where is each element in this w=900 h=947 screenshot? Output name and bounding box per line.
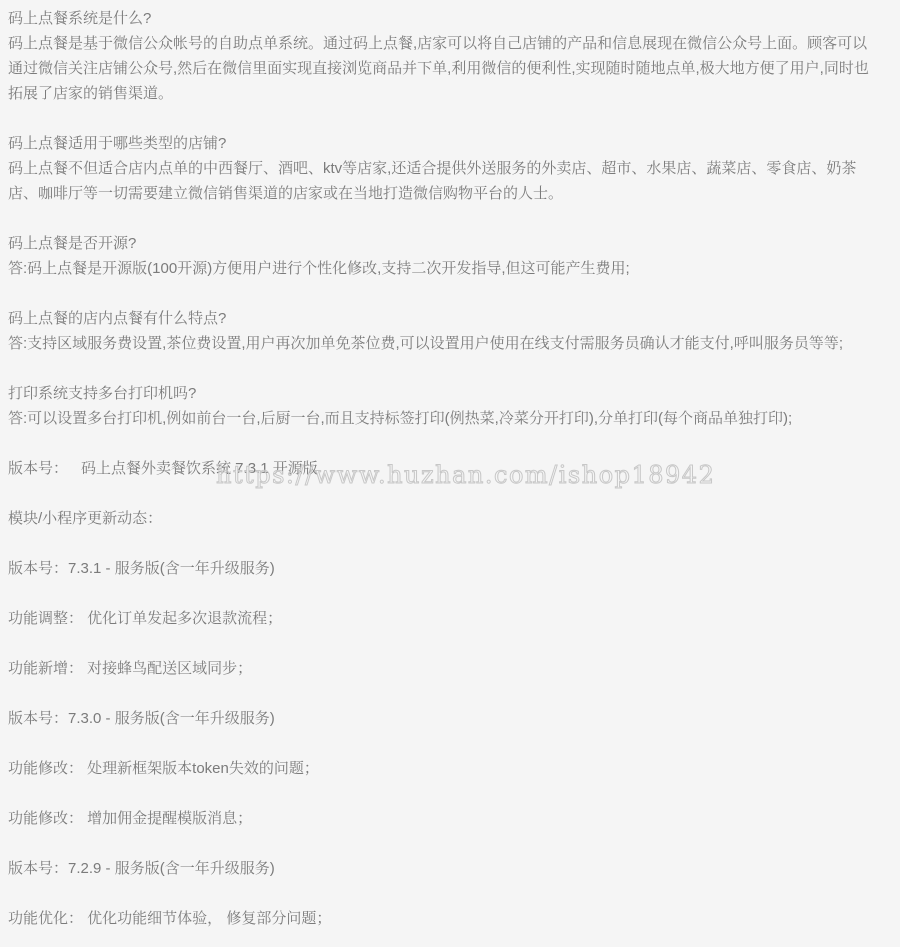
faq-answer: 码上点餐是基于微信公众帐号的自助点单系统。通过码上点餐,店家可以将自己店铺的产品… <box>8 31 874 106</box>
faq-block: 码上点餐是否开源? 答:码上点餐是开源版(100开源)方便用户进行个性化修改,支… <box>8 231 874 281</box>
updates-heading: 模块/小程序更新动态： <box>8 506 874 531</box>
changelog-line-fix-commission: 功能修改： 增加佣金提醒模版消息； <box>8 806 874 831</box>
faq-block: 打印系统支持多台打印机吗? 答:可以设置多台打印机,例如前台一台,后厨一台,而且… <box>8 381 874 431</box>
faq-block: 码上点餐的店内点餐有什么特点? 答:支持区域服务费设置,茶位费设置,用户再次加单… <box>8 306 874 356</box>
faq-question: 码上点餐是否开源? <box>8 231 874 256</box>
version-release-label: 版本号： <box>8 460 68 477</box>
version-release-value: 码上点餐外卖餐饮系统 7.3.1 开源版 <box>81 460 318 477</box>
faq-answer: 答:支持区域服务费设置,茶位费设置,用户再次加单免茶位费,可以设置用户使用在线支… <box>8 331 874 356</box>
faq-document: 码上点餐系统是什么? 码上点餐是基于微信公众帐号的自助点单系统。通过码上点餐,店… <box>0 0 900 947</box>
changelog-line-optimize: 功能优化： 优化功能细节体验， 修复部分问题； <box>8 906 874 931</box>
changelog-line-version-729: 版本号：7.2.9 - 服务版(含一年升级服务) <box>8 856 874 881</box>
faq-question: 码上点餐适用于哪些类型的店铺? <box>8 131 874 156</box>
faq-answer: 码上点餐不但适合店内点单的中西餐厅、酒吧、ktv等店家,还适合提供外送服务的外卖… <box>8 156 874 206</box>
changelog-line-version-731: 版本号：7.3.1 - 服务版(含一年升级服务) <box>8 556 874 581</box>
changelog-line-fix-token: 功能修改： 处理新框架版本token失效的问题； <box>8 756 874 781</box>
faq-question: 打印系统支持多台打印机吗? <box>8 381 874 406</box>
changelog-line-version-730: 版本号：7.3.0 - 服务版(含一年升级服务) <box>8 706 874 731</box>
changelog-line-new: 功能新增： 对接蜂鸟配送区域同步； <box>8 656 874 681</box>
faq-answer: 答:可以设置多台打印机,例如前台一台,后厨一台,而且支持标签打印(例热菜,冷菜分… <box>8 406 874 431</box>
faq-question: 码上点餐系统是什么? <box>8 6 874 31</box>
faq-answer: 答:码上点餐是开源版(100开源)方便用户进行个性化修改,支持二次开发指导,但这… <box>8 256 874 281</box>
version-release-line: 版本号：码上点餐外卖餐饮系统 7.3.1 开源版 <box>8 456 874 481</box>
faq-block: 码上点餐系统是什么? 码上点餐是基于微信公众帐号的自助点单系统。通过码上点餐,店… <box>8 6 874 106</box>
changelog-line-adjust: 功能调整： 优化订单发起多次退款流程； <box>8 606 874 631</box>
faq-question: 码上点餐的店内点餐有什么特点? <box>8 306 874 331</box>
faq-block: 码上点餐适用于哪些类型的店铺? 码上点餐不但适合店内点单的中西餐厅、酒吧、ktv… <box>8 131 874 206</box>
